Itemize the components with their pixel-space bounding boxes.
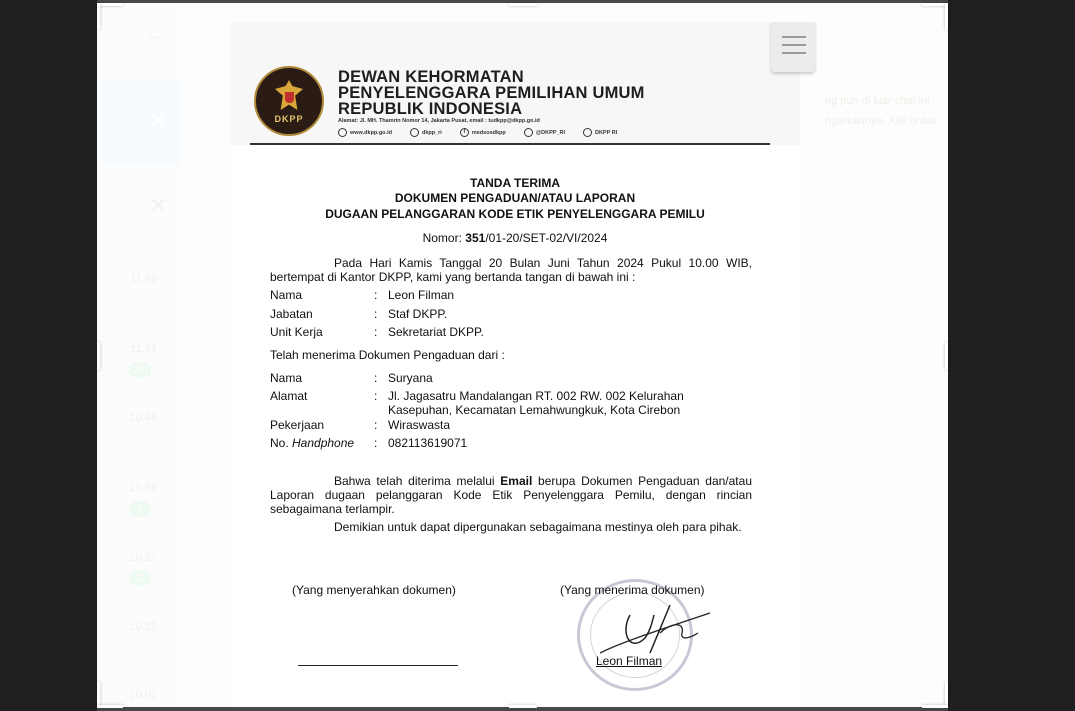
background-chat-list: ▽ ✕ ✕ 11.46 11.41 250 10.48 10.38 1 10.2… — [97, 3, 181, 707]
social-instagram: dkpp_ri — [410, 128, 442, 137]
background-notice-text: ng pun di luar chat ini. — [825, 95, 933, 107]
signature-line — [298, 665, 458, 666]
complainant-phone-row: No. Handphone:082113619071 — [270, 436, 728, 450]
label-italic: Handphone — [292, 436, 354, 450]
hamburger-line — [782, 44, 806, 46]
field-label: Unit Kerja — [270, 325, 374, 339]
chat-time: 10.01 — [97, 689, 181, 701]
institution-address: Alamat: Jl. MH. Thamrin Nomor 14, Jakart… — [338, 118, 540, 124]
background-banner: ✕ — [97, 80, 181, 165]
image-crop-canvas[interactable]: ▽ ✕ ✕ 11.46 11.41 250 10.48 10.38 1 10.2… — [97, 3, 948, 707]
institution-name: DEWAN KEHORMATAN PENYELENGGARA PEMILIHAN… — [338, 69, 645, 117]
chat-time: 10.48 — [97, 412, 181, 424]
field-colon: : — [374, 325, 388, 339]
field-colon: : — [374, 307, 388, 321]
receiver-name-row: Nama:Leon Filman — [270, 288, 728, 302]
field-colon: : — [374, 288, 388, 302]
body-text: Bahwa telah diterima melalui — [334, 474, 500, 488]
nomor-bold: 351 — [465, 231, 485, 245]
doc-heading-1: TANDA TERIMA — [230, 176, 800, 190]
sign-left-label: (Yang menyerahkan dokumen) — [292, 583, 456, 597]
crop-handle-top-left[interactable] — [97, 3, 123, 6]
nomor-label: Nomor: — [423, 231, 466, 245]
field-colon: : — [374, 371, 388, 385]
unread-badge: 21 — [129, 570, 151, 586]
doc-heading-2: DOKUMEN PENGADUAN/ATAU LAPORAN — [230, 191, 800, 205]
letterhead-divider — [250, 143, 770, 145]
intro-paragraph: Pada Hari Kamis Tanggal 20 Bulan Juni Ta… — [270, 256, 752, 284]
social-label: @DKPP_RI — [536, 130, 565, 136]
crop-handle-bottom-right[interactable] — [922, 705, 948, 708]
instagram-icon — [410, 128, 419, 137]
field-label: Nama — [270, 371, 374, 385]
body-paragraph: Bahwa telah diterima melalui Email berup… — [270, 474, 752, 516]
hamburger-icon — [782, 36, 806, 38]
crop-handle-left[interactable] — [97, 342, 100, 370]
chat-time: 10.38 — [97, 482, 181, 494]
crop-handle-bottom[interactable] — [509, 705, 537, 708]
field-value: Sekretariat DKPP. — [388, 325, 728, 339]
logo-text: DKPP — [256, 114, 322, 124]
field-label: No. Handphone — [270, 436, 374, 450]
received-from-text: Telah menerima Dokumen Pengaduan dari : — [270, 348, 752, 362]
youtube-icon — [583, 128, 592, 137]
social-label: dkpp_ri — [422, 130, 442, 136]
field-colon: : — [374, 389, 388, 417]
field-value: 082113619071 — [388, 436, 728, 450]
unread-badge: 250 — [129, 362, 151, 378]
institution-line: PENYELENGGARA PEMILIHAN UMUM — [338, 85, 645, 101]
doc-heading-3: DUGAAN PELANGGARAN KODE ETIK PENYELENGGA… — [230, 207, 800, 221]
complainant-occupation-row: Pekerjaan:Wiraswasta — [270, 418, 728, 432]
complainant-address-row: Alamat:Jl. Jagasatru Mandalangan RT. 002… — [270, 389, 708, 417]
chat-time: 10.27 — [97, 552, 181, 564]
twitter-icon — [524, 128, 533, 137]
receiver-unit-row: Unit Kerja:Sekretariat DKPP. — [270, 325, 728, 339]
social-website: www.dkpp.go.id — [338, 128, 392, 137]
social-links: www.dkpp.go.id dkpp_ri fmedsosdkpp @DKPP… — [338, 128, 617, 137]
receiver-position-row: Jabatan:Staf DKPP. — [270, 307, 728, 321]
letterhead: DKPP DEWAN KEHORMATAN PENYELENGGARA PEMI… — [230, 23, 800, 145]
background-right-panel — [797, 73, 948, 707]
receiver-signature-name: Leon Filman — [596, 654, 662, 668]
crop-handle-top-left[interactable] — [97, 3, 100, 29]
social-label: DKPP RI — [595, 130, 617, 136]
crop-handle-right[interactable] — [945, 342, 948, 370]
document-number: Nomor: 351/01-20/SET-02/VI/2024 — [230, 231, 800, 245]
institution-line: REPUBLIK INDONESIA — [338, 101, 645, 117]
field-label: Nama — [270, 288, 374, 302]
field-label: Alamat — [270, 389, 374, 417]
crop-handle-bottom-left[interactable] — [97, 705, 123, 708]
signature-icon — [590, 593, 720, 663]
close-icon: ✕ — [149, 108, 167, 134]
dkpp-logo: DKPP — [254, 66, 324, 136]
social-twitter: @DKPP_RI — [524, 128, 565, 137]
nomor-rest: /01-20/SET-02/VI/2024 — [485, 231, 607, 245]
field-value: Wiraswasta — [388, 418, 728, 432]
close-icon: ✕ — [149, 193, 167, 219]
crop-handle-top-right[interactable] — [945, 3, 948, 29]
receipt-document: DKPP DEWAN KEHORMATAN PENYELENGGARA PEMI… — [230, 23, 800, 707]
label-plain: No. — [270, 436, 292, 450]
field-value: Jl. Jagasatru Mandalangan RT. 002 RW. 00… — [388, 389, 708, 417]
social-youtube: DKPP RI — [583, 128, 617, 137]
field-label: Pekerjaan — [270, 418, 374, 432]
globe-icon — [338, 128, 347, 137]
shield-icon — [285, 92, 294, 103]
field-value: Staf DKPP. — [388, 307, 728, 321]
filter-icon: ▽ — [149, 33, 160, 50]
complainant-name-row: Nama:Suryana — [270, 371, 728, 385]
facebook-icon: f — [460, 128, 469, 137]
field-colon: : — [374, 436, 388, 450]
social-label: www.dkpp.go.id — [350, 130, 392, 136]
institution-line: DEWAN KEHORMATAN — [338, 69, 645, 85]
unread-badge: 1 — [129, 501, 151, 517]
field-value: Leon Filman — [388, 288, 728, 302]
background-notice-text: ngarkannya. Klik untuk — [825, 115, 936, 127]
body-bold: Email — [500, 474, 532, 488]
chat-time: 11.46 — [97, 273, 181, 285]
chat-time: 11.41 — [97, 343, 181, 355]
hamburger-line — [782, 52, 806, 54]
field-label: Jabatan — [270, 307, 374, 321]
closing-paragraph: Demikian untuk dapat dipergunakan sebaga… — [270, 520, 752, 534]
social-facebook: fmedsosdkpp — [460, 128, 506, 137]
crop-handle-top[interactable] — [509, 3, 537, 6]
social-label: medsosdkpp — [472, 130, 506, 136]
field-colon: : — [374, 418, 388, 432]
menu-button[interactable] — [771, 22, 815, 72]
field-value: Suryana — [388, 371, 728, 385]
chat-time: 10.25 — [97, 621, 181, 633]
